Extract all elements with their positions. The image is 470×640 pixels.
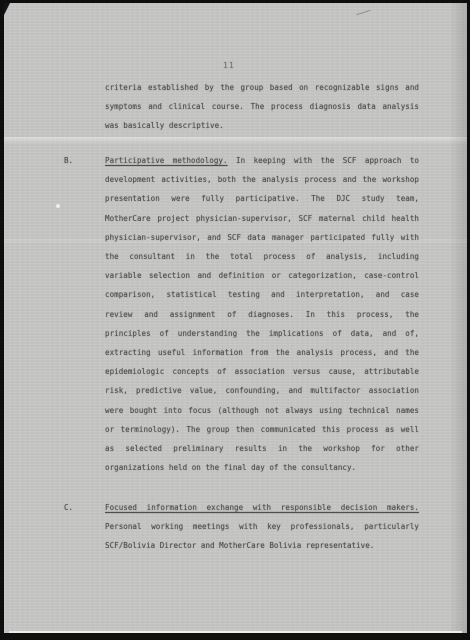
scan-crease-band bbox=[4, 137, 467, 144]
section-body-lines: development activities, both the analysi… bbox=[105, 170, 419, 477]
section-body-lines: Personal working meetings with key profe… bbox=[105, 517, 419, 555]
text-line: symptoms and clinical course. The proces… bbox=[105, 97, 419, 116]
text-line: as selected preliminary results in the w… bbox=[105, 439, 419, 458]
section-first-line: Participative methodology. In keeping wi… bbox=[105, 151, 419, 170]
text-line: was basically descriptive. bbox=[105, 116, 419, 135]
text-line: variable selection and definition or cat… bbox=[105, 266, 419, 285]
scanned-page: 11 criteria established by the group bas… bbox=[4, 3, 467, 633]
page-corner-shadow bbox=[4, 3, 10, 15]
section-first-line-rest: In keeping with the SCF approach to bbox=[228, 156, 419, 165]
section-b: B. Participative methodology. In keeping… bbox=[4, 151, 467, 477]
text-line: MotherCare project physician-supervisor,… bbox=[105, 209, 419, 228]
intro-paragraph: criteria established by the group based … bbox=[4, 78, 467, 136]
intro-paragraph-lines: criteria established by the group based … bbox=[105, 78, 419, 136]
text-line: extracting useful information from the a… bbox=[105, 343, 419, 362]
text-line: organizations held on the final day of t… bbox=[105, 458, 419, 477]
scratch-mark bbox=[356, 10, 371, 16]
section-c: C. Focused information exchange with res… bbox=[4, 498, 467, 556]
text-line: or terminology). The group then communic… bbox=[105, 420, 419, 439]
text-line: review and assignment of diagnoses. In t… bbox=[105, 305, 419, 324]
text-line: principles of understanding the implicat… bbox=[105, 324, 419, 343]
section-label: C. bbox=[64, 498, 73, 517]
text-line: were bought into focus (although not alw… bbox=[105, 401, 419, 420]
section-first-line: Focused information exchange with respon… bbox=[105, 498, 419, 517]
text-line: development activities, both the analysi… bbox=[105, 170, 419, 189]
text-line: Personal working meetings with key profe… bbox=[105, 517, 419, 536]
scanned-document-screenshot: { "colors": { "paper": "#c6c6c4", "ink":… bbox=[0, 0, 470, 640]
text-line: presentation were fully participative. T… bbox=[105, 189, 419, 208]
text-line: SCF/Bolivia Director and MotherCare Boli… bbox=[105, 536, 419, 555]
text-line: the consultant in the total process of a… bbox=[105, 247, 419, 266]
page-number: 11 bbox=[223, 61, 235, 70]
text-line: risk, predictive value, confounding, and… bbox=[105, 381, 419, 400]
section-heading: Participative methodology. bbox=[105, 156, 228, 165]
text-line: epidemiologic concepts of association ve… bbox=[105, 362, 419, 381]
text-line: criteria established by the group based … bbox=[105, 78, 419, 97]
text-line: physician-supervisor, and SCF data manag… bbox=[105, 228, 419, 247]
page-bottom-highlight bbox=[9, 631, 462, 633]
section-heading: Focused information exchange with respon… bbox=[105, 503, 419, 512]
text-line: comparison, statistical testing and inte… bbox=[105, 285, 419, 304]
section-label: B. bbox=[64, 151, 73, 170]
